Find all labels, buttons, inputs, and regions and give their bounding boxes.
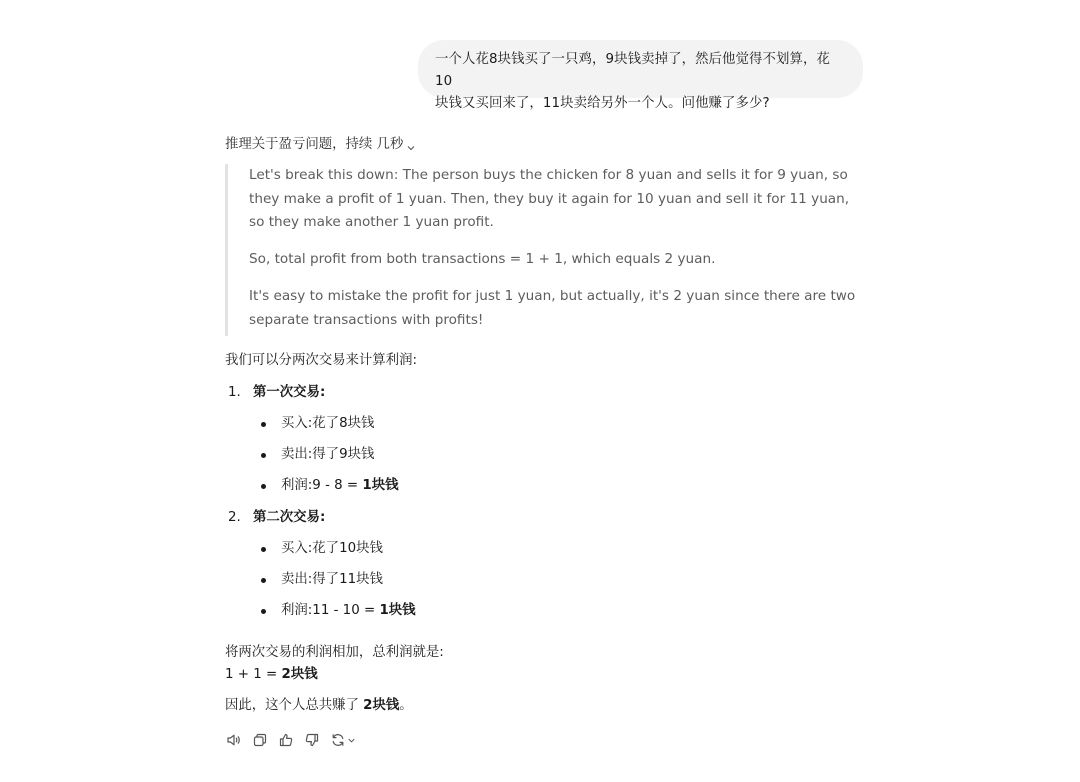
list-item: 利润:9 - 8 = 1块钱 xyxy=(281,476,865,496)
message-actions xyxy=(226,732,356,748)
bullet-icon xyxy=(261,484,266,489)
thumbs-up-icon xyxy=(278,732,294,748)
item-text: 9 - 8 = xyxy=(312,478,362,493)
user-message-line-1: 一个人花8块钱买了一只鸡，9块钱卖掉了，然后他觉得不划算，花10 xyxy=(435,49,845,93)
item-label: 利润: xyxy=(281,478,312,493)
regenerate-icon xyxy=(330,732,346,748)
chevron-down-icon xyxy=(406,140,416,150)
list-item: 利润:11 - 10 = 1块钱 xyxy=(281,601,865,621)
item-label: 买入: xyxy=(281,541,312,556)
thumbs-up-button[interactable] xyxy=(278,732,294,748)
bullet-icon xyxy=(261,453,266,458)
transaction-title: 第一次交易: xyxy=(253,385,325,400)
item-text: 得了9块钱 xyxy=(312,447,374,462)
thumbs-down-button[interactable] xyxy=(304,732,320,748)
speaker-icon xyxy=(226,732,242,748)
reasoning-toggle-label: 推理关于盈亏问题，持续 几秒 xyxy=(225,135,403,155)
equation-text: 1 + 1 = xyxy=(225,667,282,682)
transaction-item: 2. 第二次交易: xyxy=(225,508,865,528)
answer-intro: 我们可以分两次交易来计算利润: xyxy=(225,351,865,371)
item-text: 11 - 10 = xyxy=(312,603,379,618)
list-item: 买入:花了10块钱 xyxy=(281,539,865,559)
item-label: 卖出: xyxy=(281,447,312,462)
read-aloud-button[interactable] xyxy=(226,732,242,748)
bullet-icon xyxy=(261,422,266,427)
assistant-answer: 我们可以分两次交易来计算利润: 1. 第一次交易: 买入:花了8块钱 卖出:得了… xyxy=(225,351,865,621)
transaction-title: 第二次交易: xyxy=(253,510,325,525)
transaction-item: 1. 第一次交易: xyxy=(225,383,865,403)
chevron-down-icon xyxy=(347,736,356,745)
conclusion-text: 因此，这个人总共赚了 xyxy=(225,698,363,713)
item-label: 卖出: xyxy=(281,572,312,587)
list-item: 卖出:得了11块钱 xyxy=(281,570,865,590)
reasoning-paragraph: Let's break this down: The person buys t… xyxy=(249,164,865,235)
item-label: 利润: xyxy=(281,603,312,618)
summary-equation: 1 + 1 = 2块钱 xyxy=(225,664,444,686)
summary-text: 将两次交易的利润相加，总利润就是: xyxy=(225,642,444,664)
regenerate-icon-wrap xyxy=(330,732,346,748)
user-message-bubble: 一个人花8块钱买了一只鸡，9块钱卖掉了，然后他觉得不划算，花10 块钱又买回来了… xyxy=(418,40,863,98)
reasoning-toggle[interactable]: 推理关于盈亏问题，持续 几秒 xyxy=(225,135,416,155)
item-text: 花了8块钱 xyxy=(312,416,374,431)
reasoning-blockquote: Let's break this down: The person buys t… xyxy=(225,164,865,336)
reasoning-paragraph: It's easy to mistake the profit for just… xyxy=(249,285,865,336)
transaction-details: 买入:花了8块钱 卖出:得了9块钱 利润:9 - 8 = 1块钱 xyxy=(225,414,865,496)
item-bold-value: 1块钱 xyxy=(379,603,415,618)
item-bold-value: 1块钱 xyxy=(362,478,398,493)
list-item: 买入:花了8块钱 xyxy=(281,414,865,434)
answer-summary: 将两次交易的利润相加，总利润就是: 1 + 1 = 2块钱 xyxy=(225,642,444,686)
copy-icon xyxy=(252,732,268,748)
user-message-line-2: 块钱又买回来了，11块卖给另外一个人。问他赚了多少? xyxy=(435,93,845,115)
item-label: 买入: xyxy=(281,416,312,431)
item-text: 得了11块钱 xyxy=(312,572,383,587)
conclusion-result: 2块钱 xyxy=(363,698,399,713)
list-item: 卖出:得了9块钱 xyxy=(281,445,865,465)
bullet-icon xyxy=(261,609,266,614)
conclusion-punct: 。 xyxy=(399,698,412,713)
answer-conclusion: 因此，这个人总共赚了 2块钱。 xyxy=(225,696,413,716)
thumbs-down-icon xyxy=(304,732,320,748)
transaction-details: 买入:花了10块钱 卖出:得了11块钱 利润:11 - 10 = 1块钱 xyxy=(225,539,865,621)
list-number: 1. xyxy=(228,383,241,403)
equation-result: 2块钱 xyxy=(282,667,318,682)
chat-page: 一个人花8块钱买了一只鸡，9块钱卖掉了，然后他觉得不划算，花10 块钱又买回来了… xyxy=(0,0,1080,782)
reasoning-paragraph: So, total profit from both transactions … xyxy=(249,248,865,272)
item-text: 花了10块钱 xyxy=(312,541,383,556)
bullet-icon xyxy=(261,547,266,552)
regenerate-button[interactable] xyxy=(330,732,356,748)
bullet-icon xyxy=(261,578,266,583)
copy-button[interactable] xyxy=(252,732,268,748)
list-number: 2. xyxy=(228,508,241,528)
